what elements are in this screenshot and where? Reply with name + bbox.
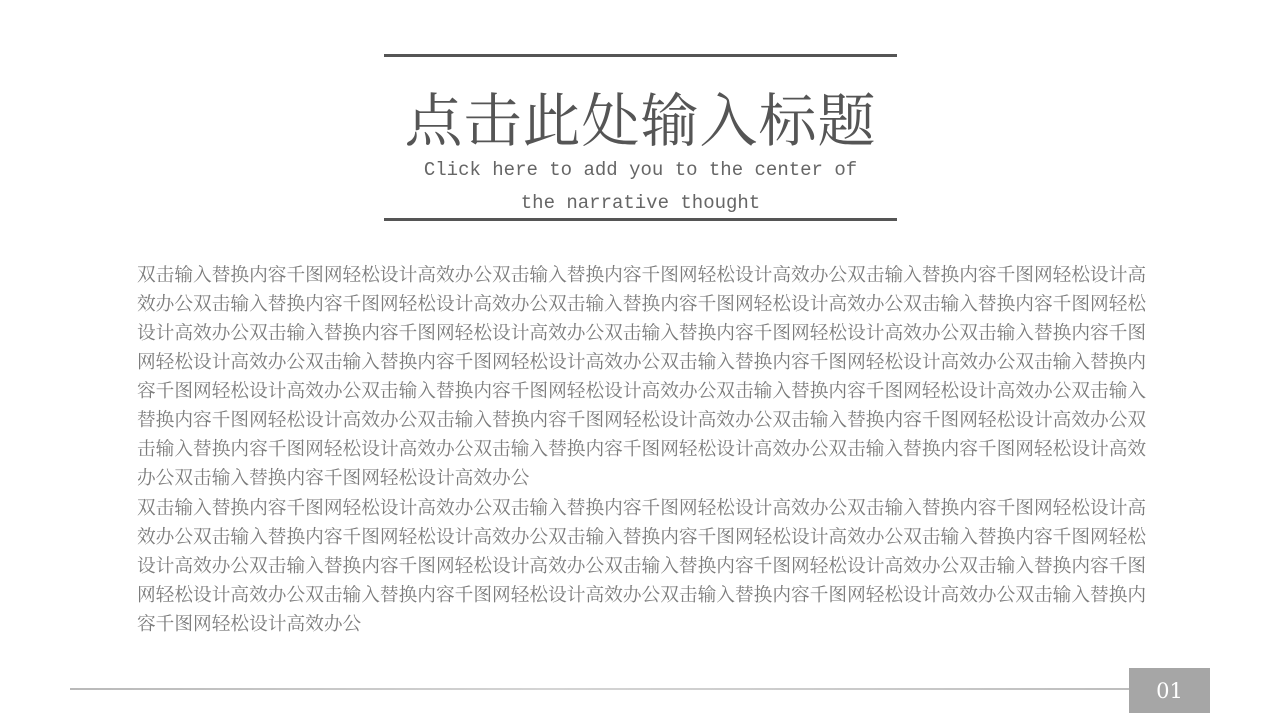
title-top-rule	[384, 54, 897, 57]
page-subtitle[interactable]: Click here to add you to the center of t…	[384, 154, 897, 220]
body-paragraph-1[interactable]: 双击输入替换内容千图网轻松设计高效办公双击输入替换内容千图网轻松设计高效办公双击…	[137, 261, 1149, 493]
footer-divider	[70, 688, 1130, 690]
title-bottom-rule	[384, 218, 897, 221]
body-paragraph-2[interactable]: 双击输入替换内容千图网轻松设计高效办公双击输入替换内容千图网轻松设计高效办公双击…	[137, 494, 1149, 639]
subtitle-line-2: the narrative thought	[384, 187, 897, 220]
page-title[interactable]: 点击此处输入标题	[384, 88, 897, 154]
page-number-badge: 01	[1129, 668, 1210, 713]
subtitle-line-1: Click here to add you to the center of	[384, 154, 897, 187]
